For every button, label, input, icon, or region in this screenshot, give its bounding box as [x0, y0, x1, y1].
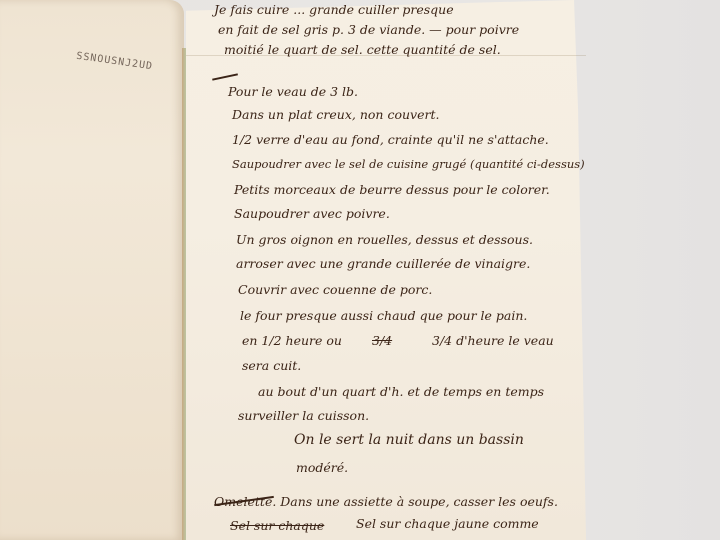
- manuscript-line: arroser avec une grande cuillerée de vin…: [236, 256, 530, 271]
- manuscript-line: modéré.: [296, 460, 348, 475]
- manuscript-line: Je fais cuire ... grande cuiller presque: [214, 2, 454, 17]
- manuscript-line: On le sert la nuit dans un bassin: [294, 432, 524, 448]
- manuscript-line: surveiller la cuisson.: [238, 408, 369, 423]
- manuscript-line: 1/2 verre d'eau au fond, crainte qu'il n…: [232, 132, 549, 147]
- struck-text: 3/4: [372, 333, 392, 348]
- manuscript-line: Sel sur chaque jaune comme: [356, 516, 539, 531]
- manuscript-line: en 1/2 heure ou: [242, 333, 342, 348]
- manuscript-line: Un gros oignon en rouelles, dessus et de…: [236, 232, 533, 247]
- manuscript-line: sera cuit.: [242, 358, 301, 373]
- manuscript-line: le four presque aussi chaud que pour le …: [240, 308, 527, 323]
- manuscript-line: Petits morceaux de beurre dessus pour le…: [234, 182, 550, 197]
- struck-text: Sel sur chaque: [230, 518, 324, 533]
- manuscript-line: Saupoudrer avec le sel de cuisine grugé …: [232, 157, 585, 171]
- manuscript-line: en fait de sel gris p. 3 de viande. — po…: [218, 22, 519, 37]
- manuscript-line: Omelette. Dans une assiette à soupe, cas…: [214, 494, 558, 509]
- manuscript-line: Saupoudrer avec poivre.: [234, 206, 390, 221]
- manuscript-line: au bout d'un quart d'h. et de temps en t…: [258, 384, 544, 399]
- recipe-heading: Pour le veau de 3 lb.: [228, 84, 358, 99]
- manuscript-line: Dans un plat creux, non couvert.: [232, 107, 439, 122]
- page-stamp: SSNOUSNJ2UD: [76, 51, 154, 73]
- manuscript-line: moitié le quart de sel. cette quantité d…: [224, 42, 501, 57]
- manuscript-line: 3/4 d'heure le veau: [432, 333, 554, 348]
- manuscript-photo: SSNOUSNJ2UD Je fais cuire ... grande cui…: [0, 0, 720, 540]
- left-book-page: SSNOUSNJ2UD: [0, 0, 184, 540]
- manuscript-line: Couvrir avec couenne de porc.: [238, 282, 432, 297]
